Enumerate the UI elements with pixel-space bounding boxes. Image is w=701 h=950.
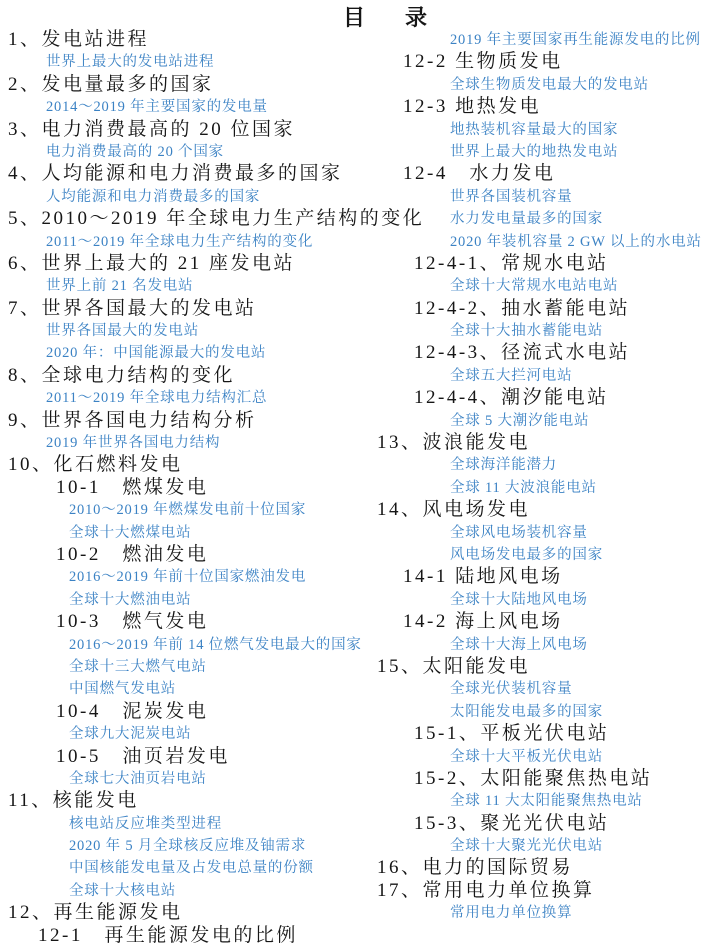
toc-entry: 12-3 地热发电	[340, 96, 701, 118]
toc-entry: 11、核能发电	[0, 790, 350, 812]
toc-link[interactable]: 中国核能发电量及占发电总量的份额	[0, 857, 350, 879]
toc-link[interactable]: 常用电力单位换算	[340, 902, 701, 924]
toc-link[interactable]: 全球十大燃煤电站	[0, 522, 350, 544]
toc-link[interactable]: 2019 年主要国家再生能源发电的比例	[340, 29, 701, 51]
toc-entry: 3、电力消费最高的 20 位国家	[0, 119, 350, 141]
toc-entry: 12、再生能源发电	[0, 902, 350, 924]
toc-link[interactable]: 太阳能发电最多的国家	[340, 701, 701, 723]
toc-entry: 1、发电站进程	[0, 29, 350, 51]
toc-entry: 12-4 水力发电	[340, 163, 701, 185]
toc-link[interactable]: 全球五大拦河电站	[340, 365, 701, 387]
toc-link[interactable]: 2020 年 5 月全球核反应堆及铀需求	[0, 835, 350, 857]
toc-link[interactable]: 全球十大抽水蓄能电站	[340, 320, 701, 342]
toc-link[interactable]: 电力消费最高的 20 个国家	[0, 141, 350, 163]
toc-link[interactable]: 2010～2019 年燃煤发电前十位国家	[0, 499, 350, 521]
toc-entry: 10-4 泥炭发电	[0, 701, 350, 723]
toc-entry: 5、2010～2019 年全球电力生产结构的变化	[0, 208, 350, 230]
document-page: 目 录 1、发电站进程世界上最大的发电站进程2、发电量最多的国家2014～201…	[0, 0, 701, 950]
toc-link[interactable]: 地热装机容量最大的国家	[340, 119, 701, 141]
toc-entry: 7、世界各国最大的发电站	[0, 298, 350, 320]
toc-link[interactable]: 全球十三大燃气电站	[0, 656, 350, 678]
toc-link[interactable]: 人均能源和电力消费最多的国家	[0, 186, 350, 208]
toc-entry: 12-4-3、径流式水电站	[340, 342, 701, 364]
toc-link[interactable]: 2020 年装机容量 2 GW 以上的水电站	[340, 231, 701, 253]
toc-link[interactable]: 世界上最大的地热发电站	[340, 141, 701, 163]
toc-title: 目 录	[343, 1, 436, 32]
toc-link[interactable]: 2014～2019 年主要国家的发电量	[0, 96, 350, 118]
toc-link[interactable]: 全球十大常规水电站电站	[340, 275, 701, 297]
toc-link[interactable]: 全球十大核电站	[0, 880, 350, 902]
toc-link[interactable]: 2016～2019 年前 14 位燃气发电最大的国家	[0, 634, 350, 656]
toc-link[interactable]: 全球光伏装机容量	[340, 678, 701, 700]
toc-link[interactable]: 风电场发电最多的国家	[340, 544, 701, 566]
toc-entry: 12-2 生物质发电	[340, 51, 701, 73]
toc-column-left: 1、发电站进程世界上最大的发电站进程2、发电量最多的国家2014～2019 年主…	[0, 29, 350, 947]
toc-entry: 15-3、聚光光伏电站	[340, 813, 701, 835]
toc-entry: 12-1 再生能源发电的比例	[0, 925, 350, 947]
toc-link[interactable]: 2020 年：中国能源最大的发电站	[0, 342, 350, 364]
toc-link[interactable]: 全球九大泥炭电站	[0, 723, 350, 745]
toc-entry: 12-4-2、抽水蓄能电站	[340, 298, 701, 320]
toc-link[interactable]: 核电站反应堆类型进程	[0, 813, 350, 835]
toc-link[interactable]: 全球七大油页岩电站	[0, 768, 350, 790]
toc-entry: 12-4-1、常规水电站	[340, 253, 701, 275]
toc-link[interactable]: 全球海洋能潜力	[340, 454, 701, 476]
toc-entry: 16、电力的国际贸易	[340, 857, 701, 879]
toc-entry: 6、世界上最大的 21 座发电站	[0, 253, 350, 275]
toc-link[interactable]: 2019 年世界各国电力结构	[0, 432, 350, 454]
toc-link[interactable]: 全球风电场装机容量	[340, 522, 701, 544]
toc-link[interactable]: 世界各国装机容量	[340, 186, 701, 208]
toc-entry: 10-1 燃煤发电	[0, 477, 350, 499]
toc-entry: 14-2 海上风电场	[340, 611, 701, 633]
toc-link[interactable]: 世界上前 21 名发电站	[0, 275, 350, 297]
toc-link[interactable]: 全球十大海上风电场	[340, 634, 701, 656]
toc-entry: 14-1 陆地风电场	[340, 566, 701, 588]
toc-link[interactable]: 全球 11 大太阳能聚焦热电站	[340, 790, 701, 812]
toc-link[interactable]: 全球十大陆地风电场	[340, 589, 701, 611]
toc-link[interactable]: 全球十大聚光光伏电站	[340, 835, 701, 857]
toc-link[interactable]: 全球 5 大潮汐能电站	[340, 410, 701, 432]
toc-entry: 10-5 油页岩发电	[0, 746, 350, 768]
toc-entry: 12-4-4、潮汐能电站	[340, 387, 701, 409]
toc-column-right: 2019 年主要国家再生能源发电的比例12-2 生物质发电全球生物质发电最大的发…	[340, 29, 701, 925]
toc-entry: 15-1、平板光伏电站	[340, 723, 701, 745]
toc-entry: 15-2、太阳能聚焦热电站	[340, 768, 701, 790]
toc-entry: 9、世界各国电力结构分析	[0, 410, 350, 432]
toc-link[interactable]: 2016～2019 年前十位国家燃油发电	[0, 566, 350, 588]
toc-entry: 15、太阳能发电	[340, 656, 701, 678]
toc-link[interactable]: 世界上最大的发电站进程	[0, 51, 350, 73]
toc-link[interactable]: 全球十大平板光伏电站	[340, 746, 701, 768]
toc-link[interactable]: 水力发电量最多的国家	[340, 208, 701, 230]
toc-entry: 17、常用电力单位换算	[340, 880, 701, 902]
toc-entry: 4、人均能源和电力消费最多的国家	[0, 163, 350, 185]
toc-link[interactable]: 全球 11 大波浪能电站	[340, 477, 701, 499]
toc-entry: 10-3 燃气发电	[0, 611, 350, 633]
toc-entry: 10、化石燃料发电	[0, 454, 350, 476]
toc-entry: 13、波浪能发电	[340, 432, 701, 454]
toc-link[interactable]: 2011～2019 年全球电力生产结构的变化	[0, 231, 350, 253]
toc-link[interactable]: 全球生物质发电最大的发电站	[340, 74, 701, 96]
toc-link[interactable]: 全球十大燃油电站	[0, 589, 350, 611]
toc-link[interactable]: 2011～2019 年全球电力结构汇总	[0, 387, 350, 409]
toc-entry: 14、风电场发电	[340, 499, 701, 521]
toc-entry: 10-2 燃油发电	[0, 544, 350, 566]
toc-link[interactable]: 世界各国最大的发电站	[0, 320, 350, 342]
toc-entry: 2、发电量最多的国家	[0, 74, 350, 96]
toc-link[interactable]: 中国燃气发电站	[0, 678, 350, 700]
toc-entry: 8、全球电力结构的变化	[0, 365, 350, 387]
